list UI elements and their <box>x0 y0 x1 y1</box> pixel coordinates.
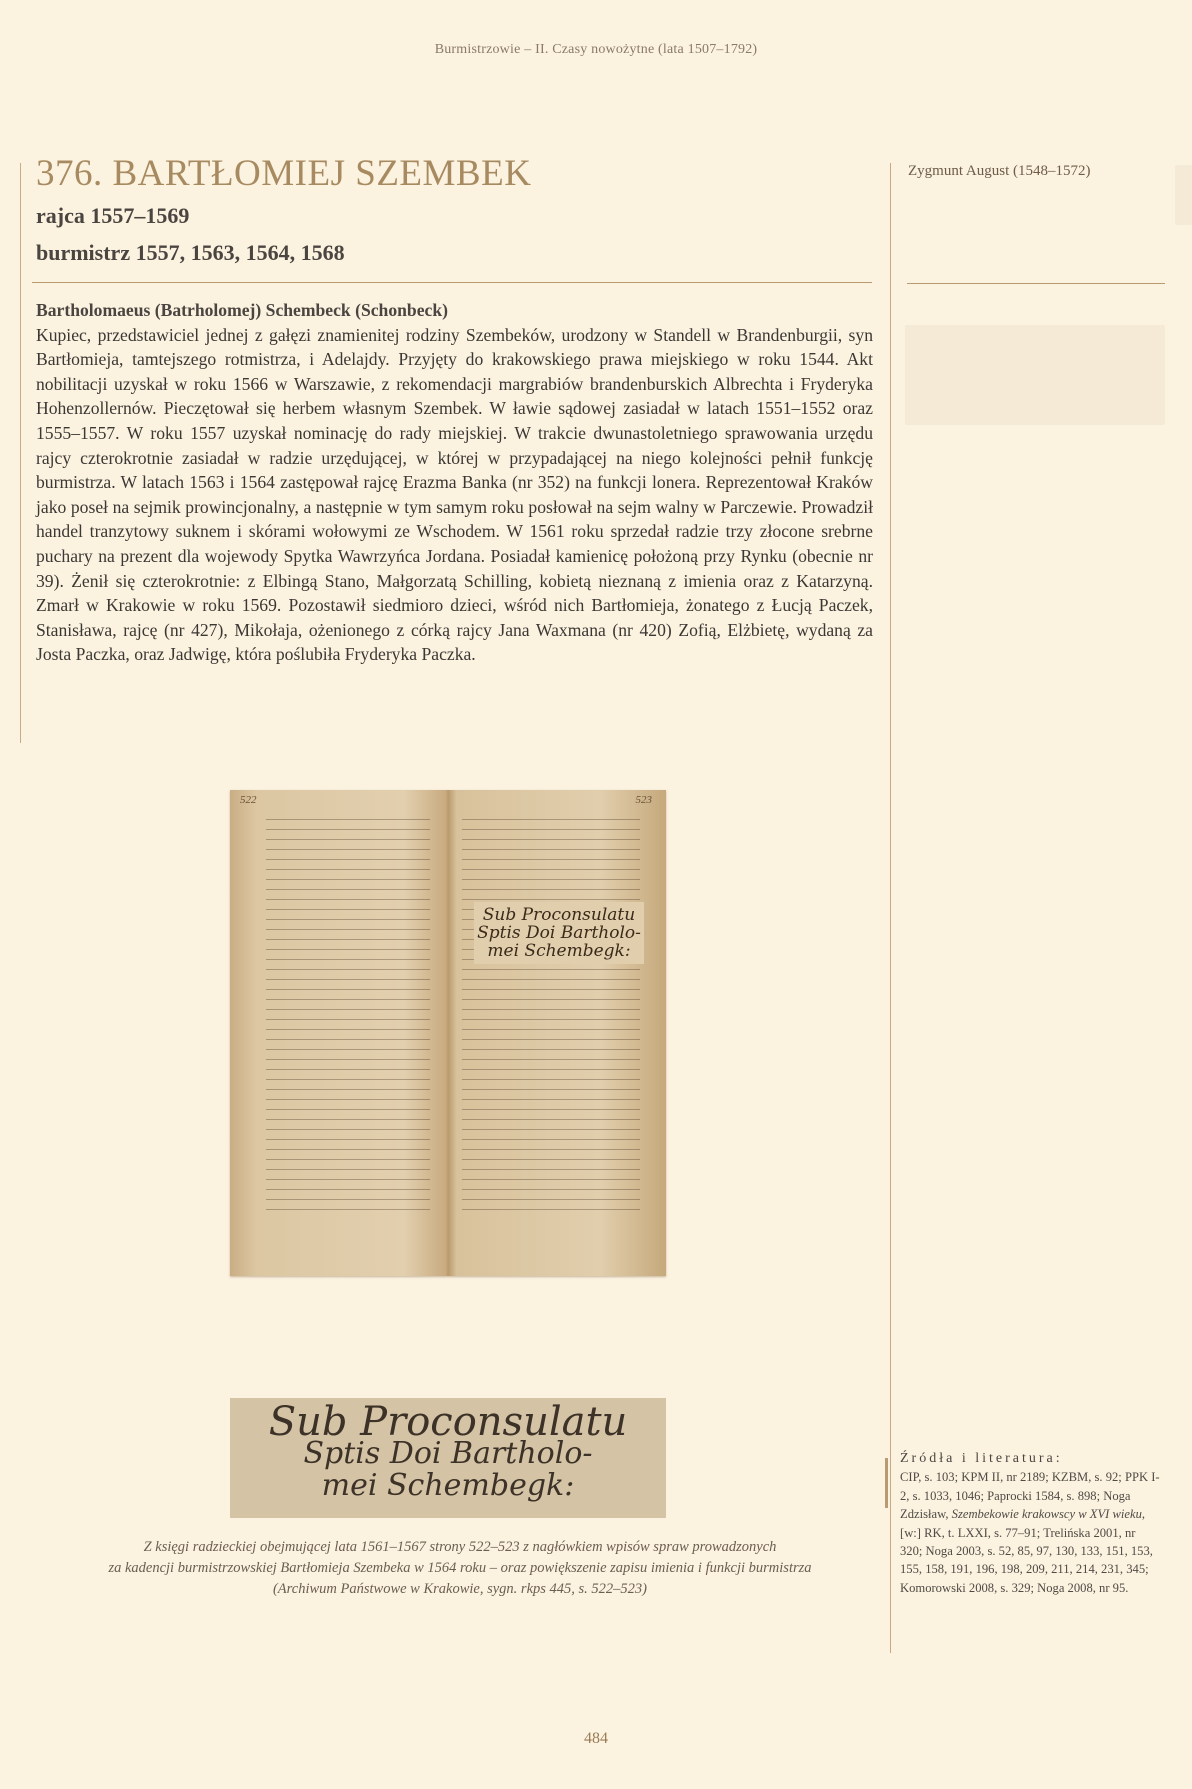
biography-text: Kupiec, przedstawiciel jednej z gałęzi z… <box>36 325 873 665</box>
manuscript-right-page: 523 Sub Proconsulatu Sptis Doi Bartholo-… <box>448 790 666 1276</box>
handwritten-text <box>462 814 640 1216</box>
name-variants: Bartholomaeus (Batrholomej) Schembeck (S… <box>36 298 873 323</box>
manuscript-photo: 522 523 Sub Proconsulatu Sptis Doi Barth… <box>230 790 666 1276</box>
figure-caption: Z księgi radzieckiej obejmującej lata 15… <box>20 1537 900 1600</box>
sources-literature: Źródła i literatura: CIP, s. 103; KPM II… <box>900 1450 1160 1597</box>
bleed-through-shadow <box>1175 165 1192 225</box>
manuscript-left-page: 522 <box>230 790 448 1276</box>
sources-title: Źródła i literatura: <box>900 1450 1160 1468</box>
biography: Bartholomaeus (Batrholomej) Schembeck (S… <box>36 298 873 667</box>
manuscript-page-number: 523 <box>636 794 653 806</box>
title-divider <box>32 282 872 283</box>
bleed-through-shadow <box>905 325 1165 425</box>
sidebar-divider <box>890 163 891 1653</box>
left-margin-rule <box>20 163 21 743</box>
office-rajca: rajca 1557–1569 <box>36 203 189 229</box>
page-number: 484 <box>0 1730 1192 1748</box>
reign-label: Zygmunt August (1548–1572) <box>908 163 1091 180</box>
enlarged-heading-line: Sub Proconsulatu <box>230 1406 666 1438</box>
sources-italic-title: Szembekowie krakowscy w XVI wieku <box>952 1507 1142 1521</box>
handwritten-text <box>266 814 430 1216</box>
enlarged-heading-photo: Sub Proconsulatu Sptis Doi Bartholo- mei… <box>230 1398 666 1518</box>
office-burmistrz: burmistrz 1557, 1563, 1564, 1568 <box>36 240 345 266</box>
sources-accent-bar <box>885 1458 888 1508</box>
enlarged-heading-line: mei Schembegk: <box>230 1470 666 1502</box>
manuscript-page-number: 522 <box>240 794 257 806</box>
running-header: Burmistrzowie – II. Czasy nowożytne (lat… <box>0 42 1192 58</box>
entry-title: 376. BARTŁOMIEJ SZEMBEK <box>36 152 531 195</box>
manuscript-heading: Sub Proconsulatu Sptis Doi Bartholo- mei… <box>474 902 644 964</box>
sidebar-rule <box>907 283 1165 284</box>
